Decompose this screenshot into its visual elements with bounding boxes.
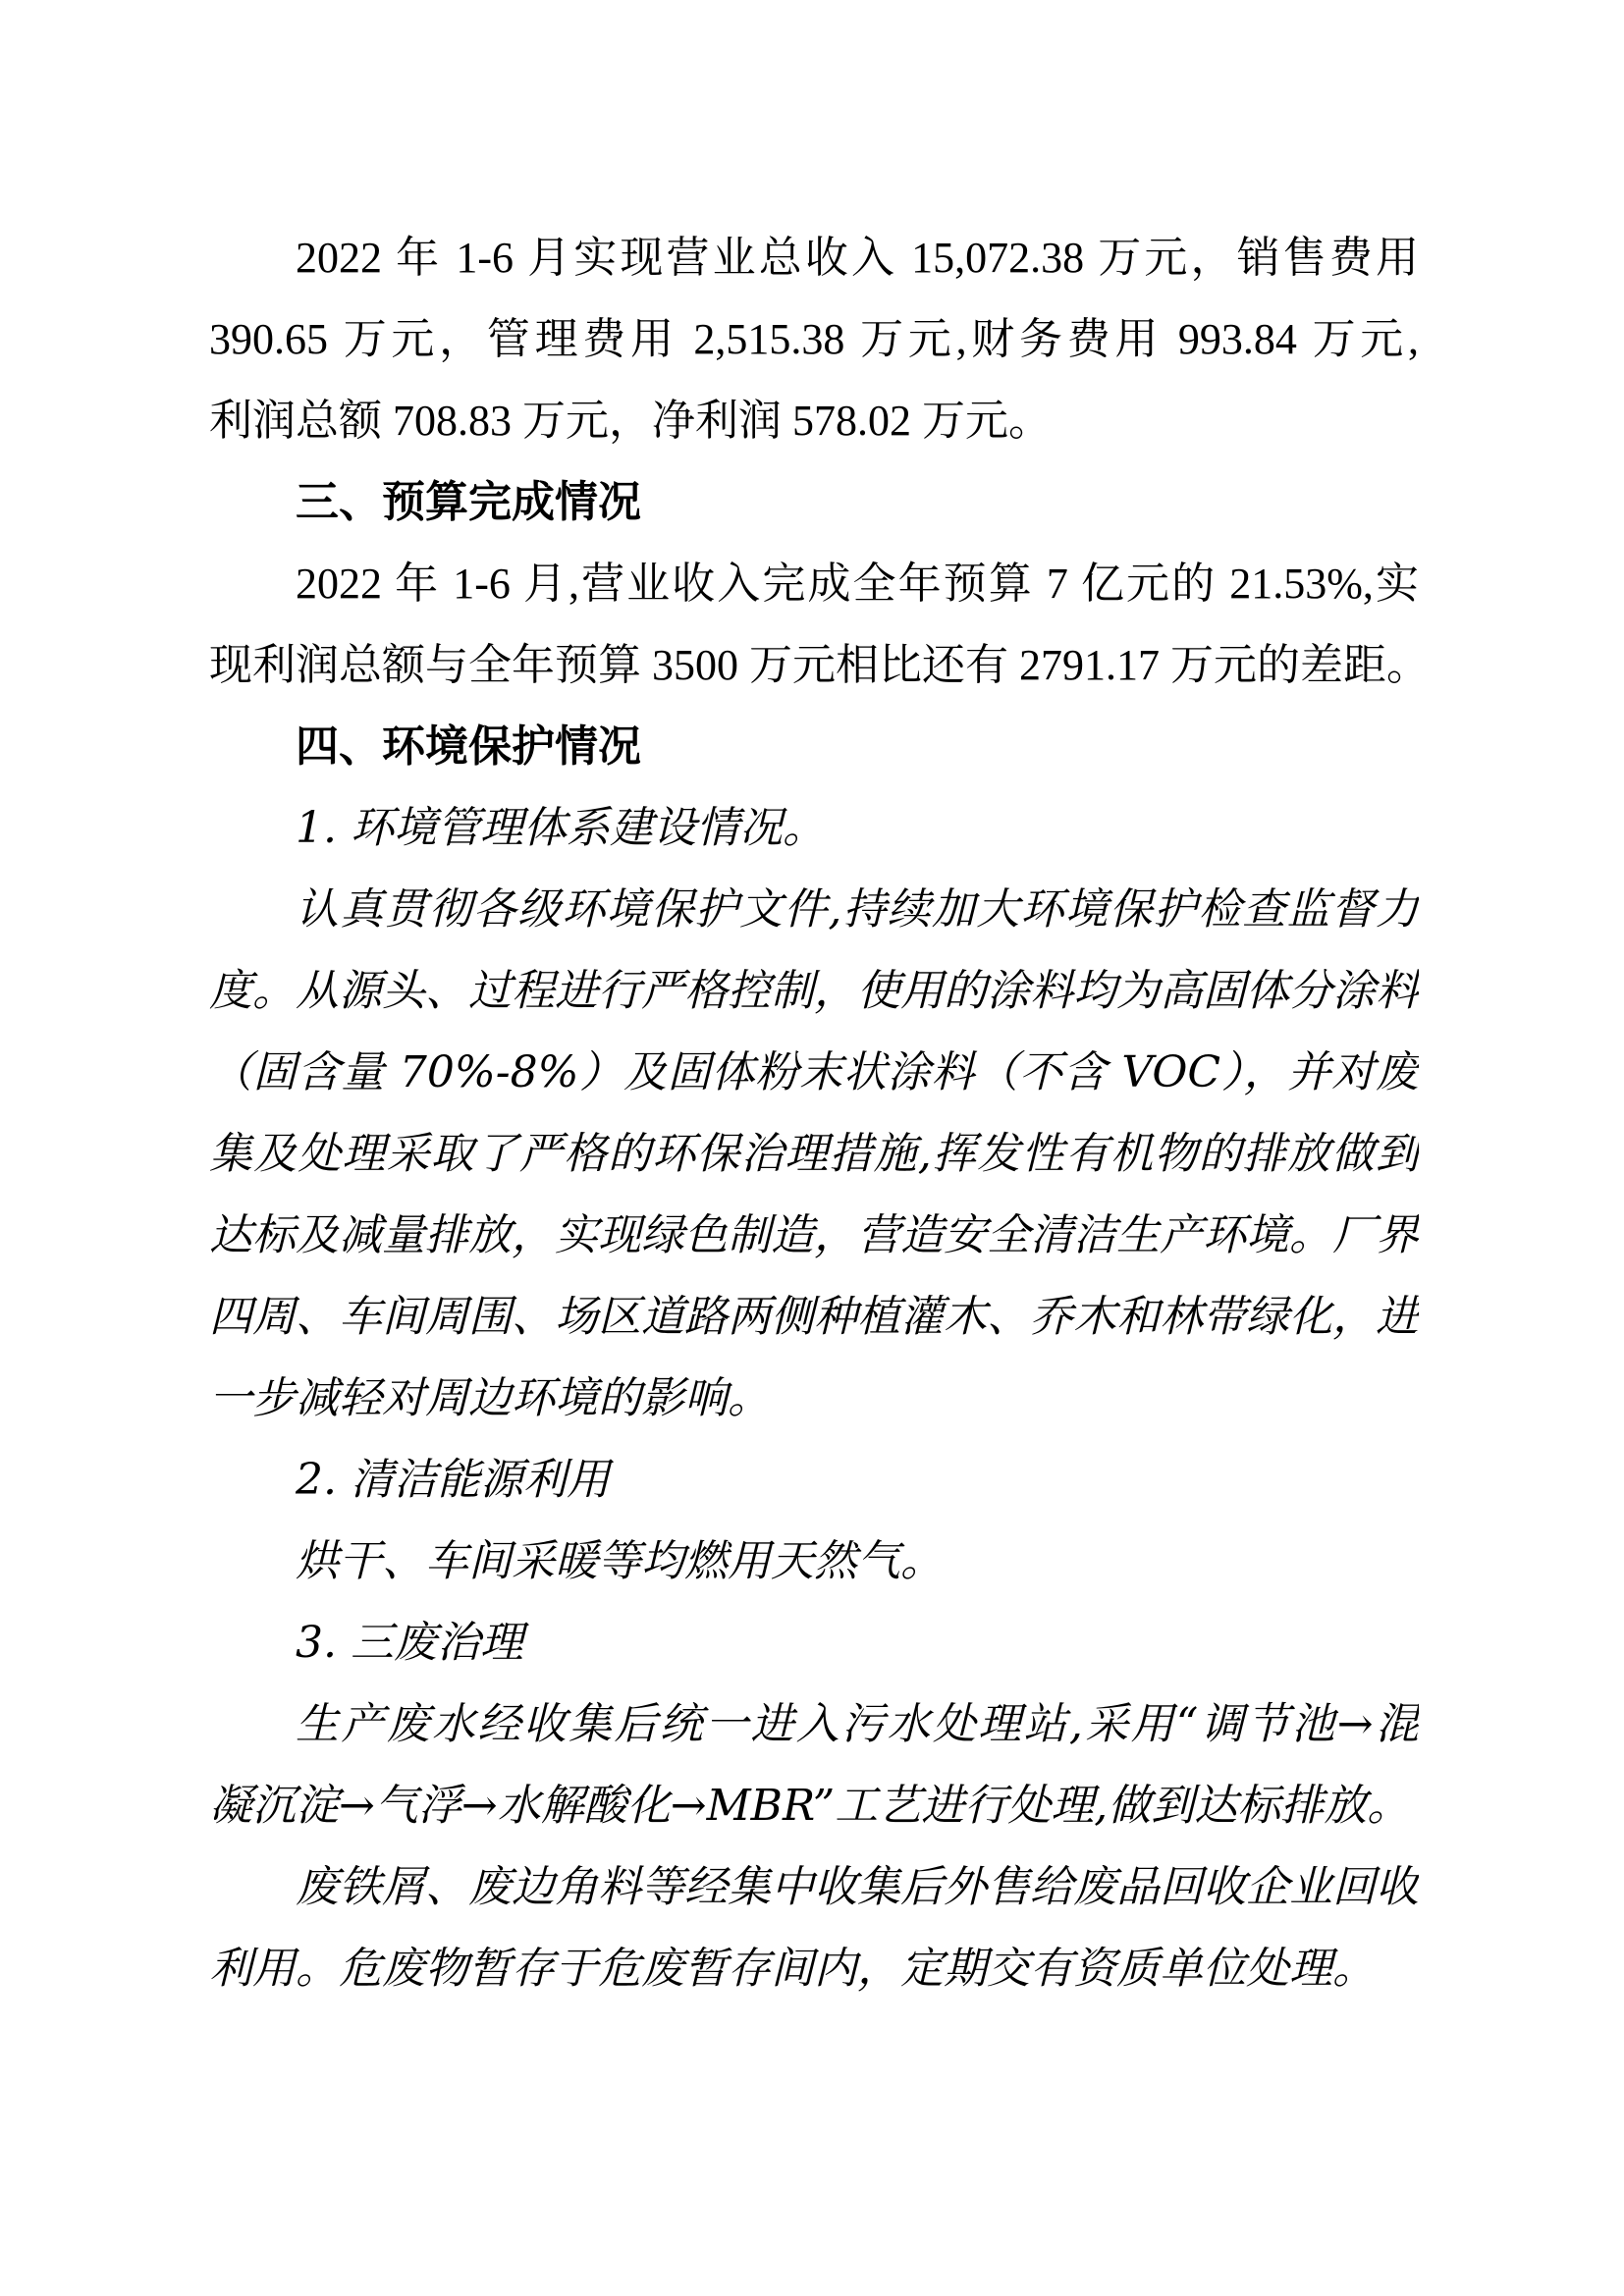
- para-env-management-line-5: 达标及减量排放，实现绿色制造，营造安全清洁生产环境。厂界: [209, 1195, 1419, 1276]
- para-budget-line-2: 现利润总额与全年预算 3500 万元相比还有 2791.17 万元的差距。: [209, 624, 1419, 706]
- para-solid-waste-line-2: 利用。危废物暂存于危废暂存间内，定期交有资质单位处理。: [209, 1928, 1419, 2009]
- para-env-management-line-1: 认真贯彻各级环境保护文件,持续加大环境保护检查监督力: [209, 869, 1419, 950]
- para-env-management-line-2: 度。从源头、过程进行严格控制，使用的涂料均为高固体分涂料: [209, 950, 1419, 1032]
- para-revenue-line-3: 利润总额 708.83 万元，净利润 578.02 万元。: [209, 380, 1419, 461]
- para-env-management-line-7: 一步减轻对周边环境的影响。: [209, 1358, 1419, 1439]
- document-page: 2022 年 1-6 月实现营业总收入 15,072.38 万元，销售费用 39…: [0, 0, 1624, 2296]
- para-revenue-line-1: 2022 年 1-6 月实现营业总收入 15,072.38 万元，销售费用: [209, 217, 1419, 298]
- para-wastewater-line-1: 生产废水经收集后统一进入污水处理站,采用“调节池→混: [209, 1683, 1419, 1765]
- subheading-three-wastes: 3. 三废治理: [209, 1602, 1419, 1683]
- subheading-env-management: 1. 环境管理体系建设情况。: [209, 787, 1419, 869]
- para-env-management-line-4: 集及处理采取了严格的环保治理措施,挥发性有机物的排放做到: [209, 1113, 1419, 1195]
- para-budget-line-1: 2022 年 1-6 月,营业收入完成全年预算 7 亿元的 21.53%,实: [209, 543, 1419, 624]
- para-revenue-line-2: 390.65 万元，管理费用 2,515.38 万元,财务费用 993.84 万…: [209, 298, 1419, 380]
- subheading-clean-energy: 2. 清洁能源利用: [209, 1439, 1419, 1521]
- section-heading-budget: 三、预算完成情况: [209, 461, 1419, 543]
- section-heading-environment: 四、环境保护情况: [209, 706, 1419, 787]
- para-wastewater-line-2: 凝沉淀→气浮→水解酸化→MBR”工艺进行处理,做到达标排放。: [209, 1765, 1419, 1846]
- document-text-block: 2022 年 1-6 月实现营业总收入 15,072.38 万元，销售费用 39…: [209, 217, 1419, 2009]
- para-env-management-line-6: 四周、车间周围、场区道路两侧种植灌木、乔木和林带绿化，进: [209, 1276, 1419, 1358]
- para-env-management-line-3: （固含量 70%-8%）及固体粉末状涂料（不含 VOC），并对废气收: [209, 1032, 1419, 1113]
- para-solid-waste-line-1: 废铁屑、废边角料等经集中收集后外售给废品回收企业回收: [209, 1846, 1419, 1928]
- para-clean-energy-line-1: 烘干、车间采暖等均燃用天然气。: [209, 1521, 1419, 1602]
